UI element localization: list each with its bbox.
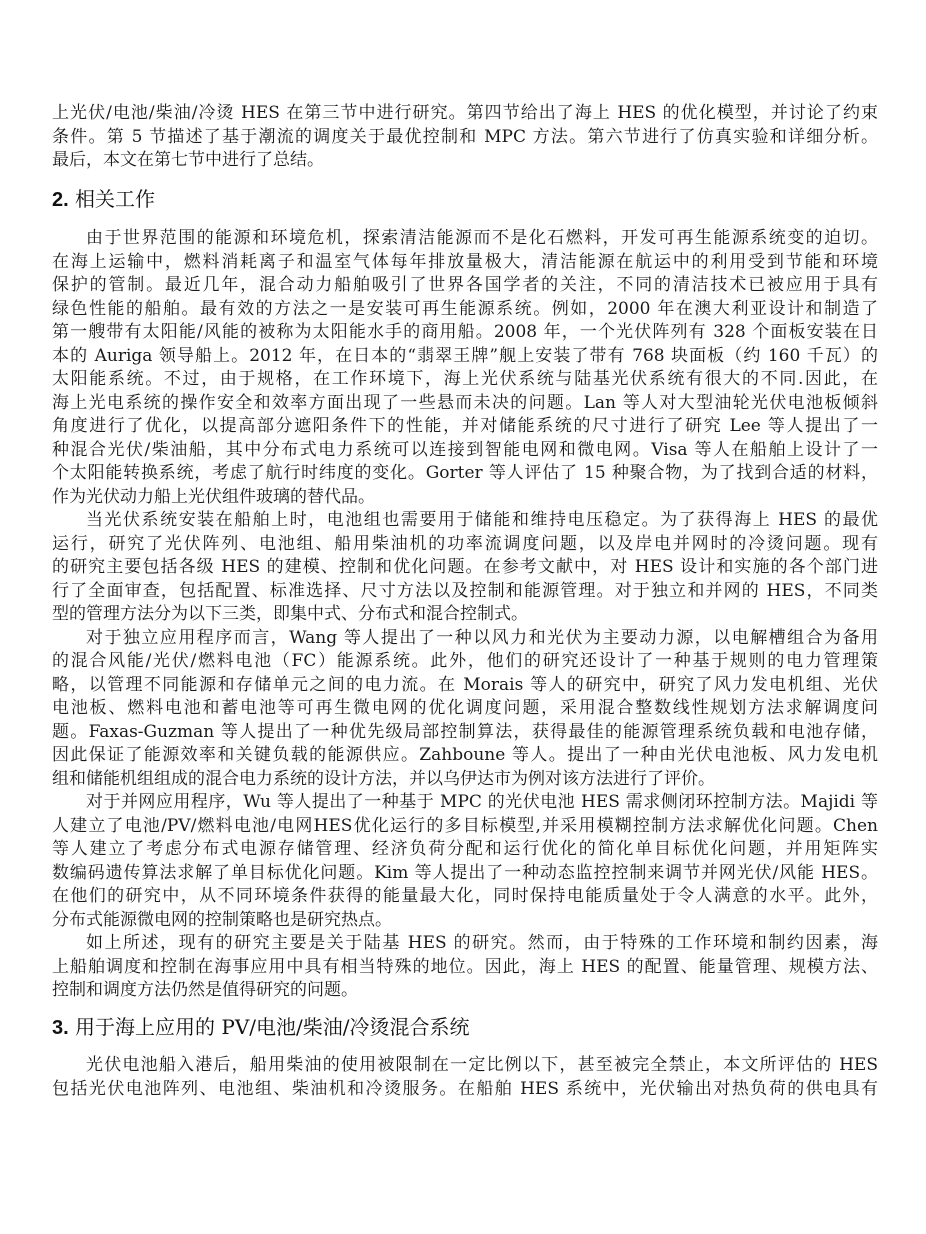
section-heading-3: 3. 用于海上应用的 PV/电池/柴油/冷烫混合系统 <box>52 1013 470 1042</box>
section-number: 2. <box>52 189 69 211</box>
text-line: 运行，研究了光伏阵列、电池组、船用柴油机的功率流调度问题，以及岸电并网时的冷烫问… <box>52 532 878 556</box>
section-title: 用于海上应用的 PV/电池/柴油/冷烫混合系统 <box>75 1015 469 1039</box>
section-title: 相关工作 <box>75 187 155 211</box>
text-line: 略，以管理不同能源和存储单元之间的电力流。在 Morais 等人的研究中，研究了… <box>52 673 878 697</box>
text-line: 题。Faxas-Guzman 等人提出了一种优先级局部控制算法，获得最佳的能源管… <box>52 720 878 744</box>
text-line: 上光伏/电池/柴油/冷烫 HES 在第三节中进行研究。第四节给出了海上 HES … <box>52 101 878 125</box>
text-line: 绿色性能的船舶。最有效的方法之一是安装可再生能源系统。例如，2000 年在澳大利… <box>52 297 878 321</box>
text-line: 对于并网应用程序，Wu 等人提出了一种基于 MPC 的光伏电池 HES 需求侧闭… <box>86 790 878 814</box>
text-line: 行了全面审查，包括配置、标准选择、尺寸方法以及控制和能源管理。对于独立和并网的 … <box>52 579 878 603</box>
document-page: 上光伏/电池/柴油/冷烫 HES 在第三节中进行研究。第四节给出了海上 HES … <box>0 0 926 1234</box>
text-line: 种混合光伏/柴油船，其中分布式电力系统可以连接到智能电网和微电网。Visa 等人… <box>52 438 878 462</box>
text-line: 由于世界范围的能源和环境危机，探索清洁能源而不是化石燃料，开发可再生能源系统变的… <box>86 226 878 250</box>
text-line: 海上光电系统的操作安全和效率方面出现了一些悬而未决的问题。Lan 等人对大型油轮… <box>52 391 878 415</box>
text-line: 组和储能机组组成的混合电力系统的设计方法，并以乌伊达市为例对该方法进行了评价。 <box>52 767 878 791</box>
text-line: 在海上运输中，燃料消耗离子和温室气体每年排放量极大，清洁能源在航运中的利用受到节… <box>52 250 878 274</box>
text-line: 保护的管制。最近几年，混合动力船舶吸引了世界各国学者的关注，不同的清洁技术已被应… <box>52 273 878 297</box>
text-line: 等人建立了考虑分布式电源存储管理、经济负荷分配和运行优化的简化单目标优化问题，并… <box>52 837 878 861</box>
text-line: 角度进行了优化，以提高部分遮阳条件下的性能，并对储能系统的尺寸进行了研究 Lee… <box>52 414 878 438</box>
text-line: 的研究主要包括各级 HES 的建模、控制和优化问题。在参考文献中，对 HES 设… <box>52 555 878 579</box>
text-line: 数编码遗传算法求解了单目标优化问题。Kim 等人提出了一种动态监控控制来调节并网… <box>52 861 878 885</box>
text-line: 个太阳能转换系统，考虑了航行时纬度的变化。Gorter 等人评估了 15 种聚合… <box>52 461 878 485</box>
text-line: 太阳能系统。不过，由于规格，在工作环境下，海上光伏系统与陆基光伏系统有很大的不同… <box>52 367 878 391</box>
text-line: 第一艘带有太阳能/风能的被称为太阳能水手的商用船。2008 年，一个光伏阵列有 … <box>52 320 878 344</box>
text-line: 最后，本文在第七节中进行了总结。 <box>52 148 878 172</box>
text-line: 型的管理方法分为以下三类，即集中式、分布式和混合控制式。 <box>52 602 878 626</box>
text-line: 分布式能源微电网的控制策略也是研究热点。 <box>52 908 878 932</box>
text-line: 如上所述，现有的研究主要是关于陆基 HES 的研究。然而，由于特殊的工作环境和制… <box>86 931 878 955</box>
text-line: 控制和调度方法仍然是值得研究的问题。 <box>52 978 878 1002</box>
text-line: 在他们的研究中，从不同环境条件获得的能量最大化，同时保持电能质量处于令人满意的水… <box>52 884 878 908</box>
text-line: 包括光伏电池阵列、电池组、柴油机和冷烫服务。在船舶 HES 系统中，光伏输出对热… <box>52 1077 878 1101</box>
text-line: 人建立了电池/PV/燃料电池/电网HES优化运行的多目标模型,并采用模糊控制方法… <box>52 814 878 838</box>
section-heading-2: 2. 相关工作 <box>52 185 155 214</box>
text-line: 条件。第 5 节描述了基于潮流的调度关于最优控制和 MPC 方法。第六节进行了仿… <box>52 125 878 149</box>
text-line: 因此保证了能源效率和关键负载的能源供应。Zahboune 等人。提出了一种由光伏… <box>52 743 878 767</box>
section-number: 3. <box>52 1017 69 1039</box>
text-line: 当光伏系统安装在船舶上时，电池组也需要用于储能和维持电压稳定。为了获得海上 HE… <box>86 508 878 532</box>
text-line: 对于独立应用程序而言，Wang 等人提出了一种以风力和光伏为主要动力源，以电解槽… <box>86 626 878 650</box>
text-line: 上船舶调度和控制在海事应用中具有相当特殊的地位。因此，海上 HES 的配置、能量… <box>52 955 878 979</box>
text-line: 本的 Auriga 领导船上。2012 年，在日本的“翡翠王牌”舰上安装了带有 … <box>52 344 878 368</box>
text-line: 光伏电池船入港后，船用柴油的使用被限制在一定比例以下，甚至被完全禁止，本文所评估… <box>86 1053 878 1077</box>
text-line: 的混合风能/光伏/燃料电池（FC）能源系统。此外，他们的研究还设计了一种基于规则… <box>52 649 878 673</box>
text-line: 电池板、燃料电池和蓄电池等可再生微电网的优化调度问题，采用混合整数线性规划方法求… <box>52 696 878 720</box>
text-line: 作为光伏动力船上光伏组件玻璃的替代品。 <box>52 485 878 509</box>
